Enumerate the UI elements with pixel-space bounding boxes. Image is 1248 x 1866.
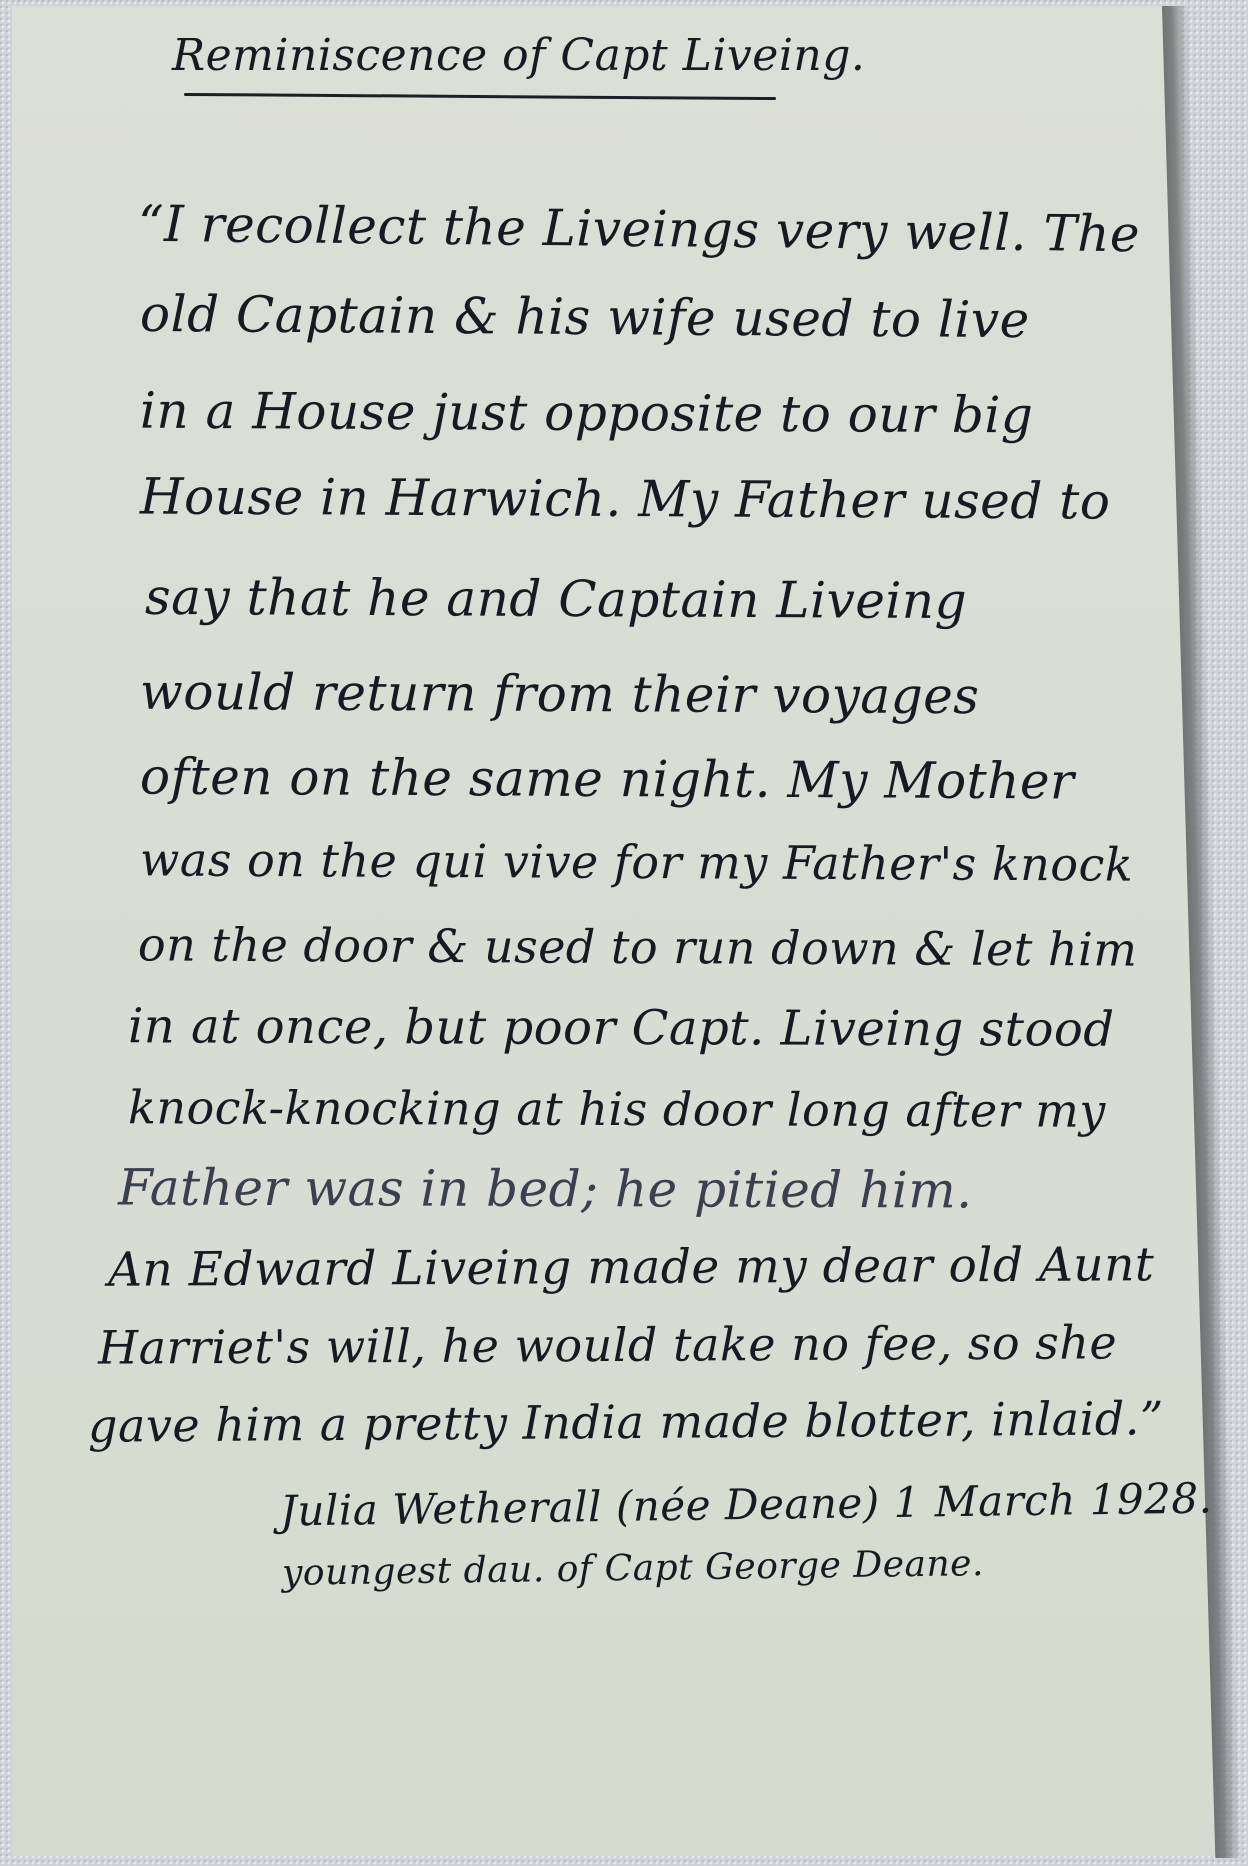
body-line-7: often on the same night. My Mother — [140, 748, 1075, 811]
body-line-11: knock-knocking at his door long after my — [128, 1080, 1106, 1137]
body-line-12: Father was in bed; he pitied him. — [118, 1159, 973, 1220]
body-line-6: would return from their voyages — [140, 663, 980, 725]
body-line-15: gave him a pretty India made blotter, in… — [88, 1391, 1164, 1453]
body-line-14: Harriet's will, he would take no fee, so… — [98, 1315, 1117, 1374]
body-line-13: An Edward Liveing made my dear old Aunt — [108, 1237, 1155, 1297]
document-title: Reminiscence of Capt Liveing. — [172, 30, 865, 81]
body-line-9: on the door & used to run down & let him — [138, 917, 1138, 976]
body-line-1: “I recollect the Liveings very well. The — [138, 195, 1141, 263]
body-line-2: old Captain & his wife used to live — [140, 285, 1030, 349]
body-line-3: in a House just opposite to our big — [140, 382, 1034, 445]
body-line-8: was on the qui vive for my Father's knoc… — [140, 832, 1133, 891]
body-line-5: say that he and Captain Liveing — [145, 568, 967, 630]
body-line-10: in at once, but poor Capt. Liveing stood — [128, 998, 1115, 1057]
body-line-4: House in Harwich. My Father used to — [140, 467, 1111, 530]
